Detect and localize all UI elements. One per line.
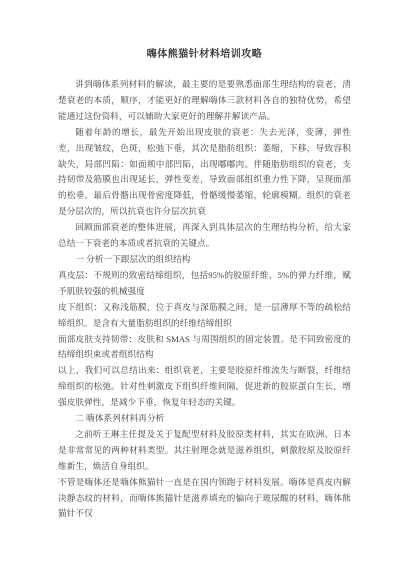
paragraph: 随着年龄的增长，最先开始出现皮肤的衰老：失去光泽，变薄，弹性差，出现皱纹，色斑，… bbox=[58, 125, 351, 220]
paragraph: 面部皮肤支持韧带：皮肤和 SMAS 与周围组织的固定装置。是不同致密度的结缔组织… bbox=[58, 332, 351, 364]
paragraph: 讲到嗨体系列材料的解读，最主要的是要熟悉面部生理结构的衰老，清楚衰老的本质，顺序… bbox=[58, 77, 351, 125]
document-body: 讲到嗨体系列材料的解读，最主要的是要熟悉面部生理结构的衰老，清楚衰老的本质，顺序… bbox=[58, 77, 351, 522]
section-heading: 一 分析一下跟层次的组织结构 bbox=[58, 252, 351, 268]
document-page: 嗨体熊猫针材料培训攻略 讲到嗨体系列材料的解读，最主要的是要熟悉面部生理结构的衰… bbox=[0, 0, 408, 580]
paragraph: 真皮层：不规则的致密结缔组织，包括95%的胶原纤维、5%的弹力纤维，赋予肌肤较强… bbox=[58, 268, 351, 300]
paragraph: 不管是嗨体还是嗨体熊猫针一直是在国内领跑于材料发展。嗨体是真皮内解决静态纹的材料… bbox=[58, 475, 351, 523]
document-title: 嗨体熊猫针材料培训攻略 bbox=[58, 48, 351, 62]
paragraph: 皮下组织：又称浅筋膜，位于真皮与深筋膜之间，是一层薄厚不等的疏松结缔组织。是含有… bbox=[58, 300, 351, 332]
paragraph: 以上，我们可以总结出来：组织衰老，主要是胶原纤维流失与断裂，纤维结缔组织的松弛。… bbox=[58, 363, 351, 411]
section-heading: 二 嗨体系列材料再分析 bbox=[58, 411, 351, 427]
paragraph: 之前听王琳主任提及关于复配型材料及胶原类材料，其实在欧洲、日本是非常常见的两种材… bbox=[58, 427, 351, 475]
paragraph: 回顾面部衰老的整体进展，再深入到具体层次的生理结构分析，给大家总结一下衰老的本质… bbox=[58, 220, 351, 252]
